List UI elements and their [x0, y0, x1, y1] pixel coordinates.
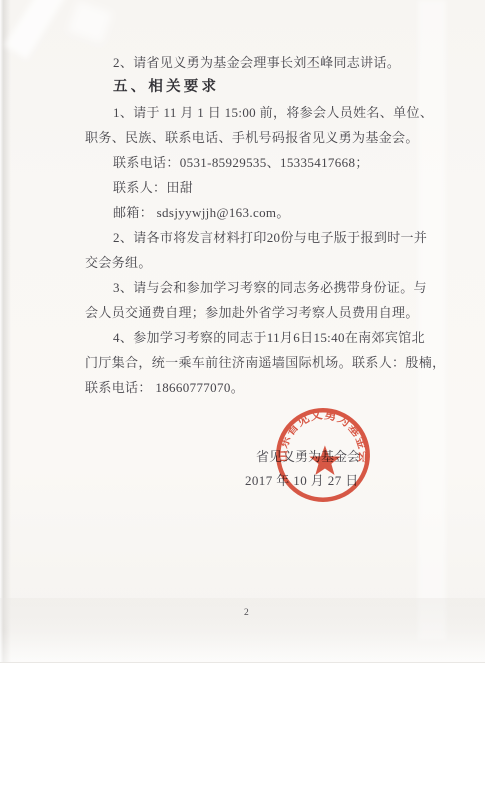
- paper-sheet: 2、请省见义勇为基金会理事长刘丕峰同志讲话。 五、相关要求 1、请于 11 月 …: [0, 0, 485, 663]
- paper-crease: [4, 0, 65, 59]
- document-line: 邮箱： sdsjyywjjh@163.com。: [85, 200, 421, 225]
- scan-edge-shadow: [0, 0, 11, 663]
- document-line: 联系人：田甜: [85, 175, 421, 200]
- document-line: 职务、民族、联系电话、手机号码报省见义勇为基金会。: [85, 125, 421, 150]
- paper-bottom-edge: [0, 598, 485, 663]
- document-line: 联系电话：0531-85929535、15335417668；: [85, 150, 421, 175]
- document-line: 交会务组。: [85, 250, 421, 275]
- document-line: 4、参加学习考察的同志于11月6日15:40在南郊宾馆北: [85, 325, 421, 350]
- scan-light-band: [418, 0, 446, 640]
- paper-crease: [68, 1, 113, 43]
- document-line: 门厅集合，统一乘车前往济南遥墙国际机场。联系人：殷楠，: [85, 350, 421, 375]
- scanned-page: 2、请省见义勇为基金会理事长刘丕峰同志讲话。 五、相关要求 1、请于 11 月 …: [0, 0, 485, 800]
- official-seal: 山东省见义勇为基金会: [275, 407, 371, 503]
- section-heading: 五、相关要求: [85, 75, 421, 100]
- document-line: 联系电话： 18660777070。: [85, 375, 421, 400]
- document-line: 2、请各市将发言材料打印20份与电子版于报到时一并: [85, 225, 421, 250]
- document-line: 3、请与会和参加学习考察的同志务必携带身份证。与: [85, 275, 421, 300]
- document-line: 2、请省见义勇为基金会理事长刘丕峰同志讲话。: [85, 50, 421, 75]
- document-line: 1、请于 11 月 1 日 15:00 前，将参会人员姓名、单位、: [85, 100, 421, 125]
- seal-star-icon: [309, 445, 340, 475]
- page-number: 2: [244, 608, 249, 618]
- document-line: 会人员交通费自理；参加赴外省学习考察人员费用自理。: [85, 300, 421, 325]
- document-body: 2、请省见义勇为基金会理事长刘丕峰同志讲话。 五、相关要求 1、请于 11 月 …: [85, 50, 421, 400]
